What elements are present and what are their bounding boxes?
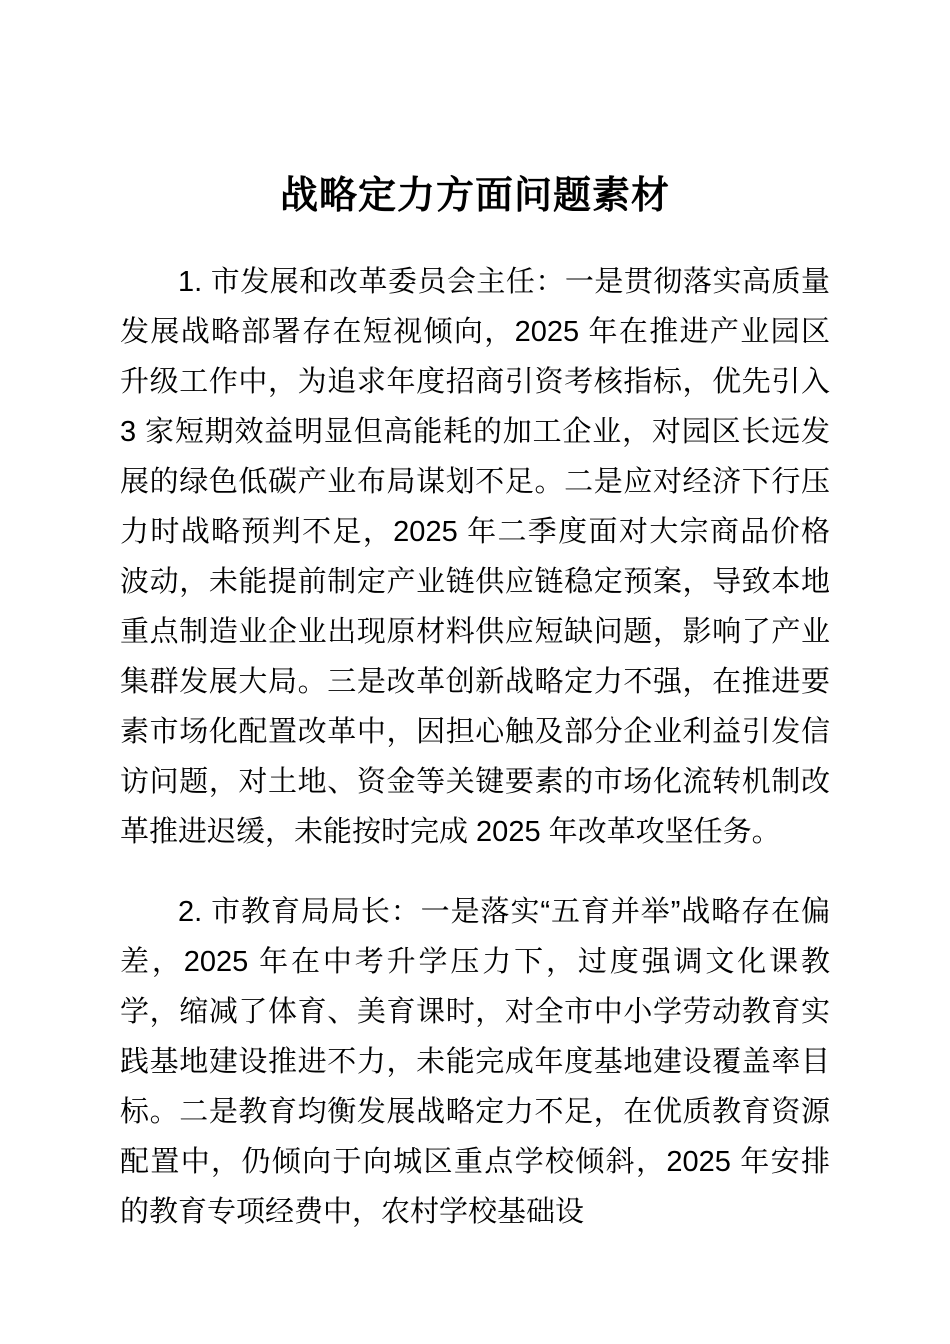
document-page: 战略定力方面问题素材 1. 市发展和改革委员会主任：一是贯彻落实高质量发展战略部…	[0, 0, 950, 1344]
paragraph-1: 1. 市发展和改革委员会主任：一是贯彻落实高质量发展战略部署存在短视倾向，202…	[120, 257, 830, 857]
document-title: 战略定力方面问题素材	[120, 172, 830, 221]
paragraph-2: 2. 市教育局局长：一是落实“五育并举”战略存在偏差，2025 年在中考升学压力…	[120, 887, 830, 1237]
